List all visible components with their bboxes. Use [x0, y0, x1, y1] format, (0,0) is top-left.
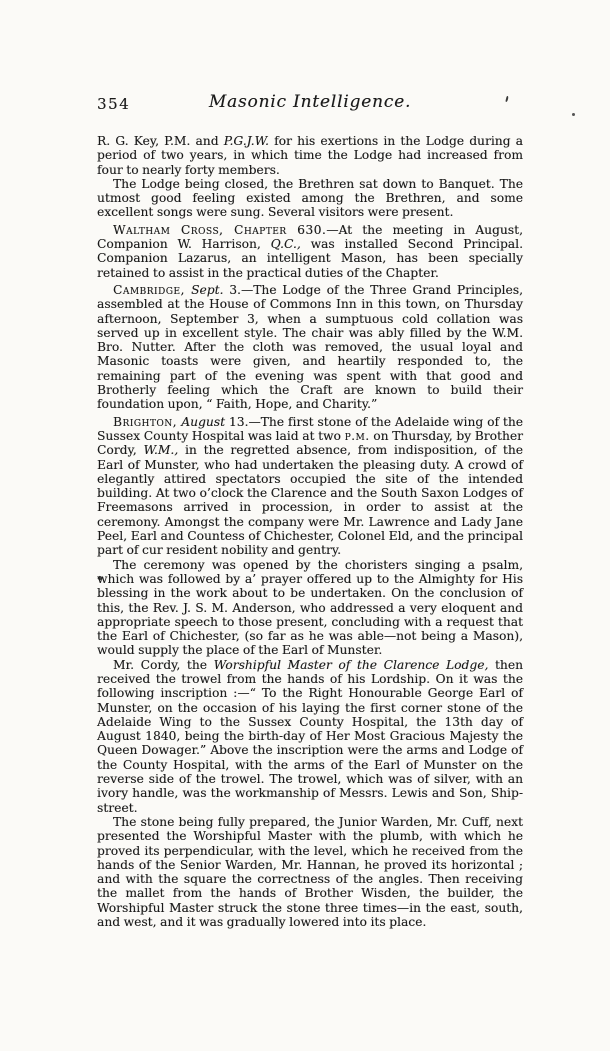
paragraph-continuation: R. G. Key, P.M. and P.G.J.W. for his exe… [97, 134, 523, 177]
text-segment: p.m. [345, 429, 370, 443]
paragraph-waltham-cross: Waltham Cross, Chapter 630.—At the meeti… [97, 223, 523, 280]
text-segment: Mr. Cordy, the [113, 658, 214, 672]
text-segment: 3.—The Lodge of the Three Grand Principl… [97, 283, 523, 411]
scan-artifact [572, 113, 575, 116]
text-segment: August [181, 415, 225, 429]
paragraph-brighton: Brighton, August 13.—The first stone of … [97, 415, 523, 558]
paragraph-cambridge: Cambridge, Sept. 3.—The Lodge of the Thr… [97, 283, 523, 412]
text-segment: then received the trowel from the hands … [97, 658, 523, 815]
text-segment: Brighton, [113, 415, 181, 429]
text-segment: Worshipful Master of the Clarence Lodge, [214, 658, 489, 672]
text-segment: in the regretted absence, from indisposi… [97, 443, 523, 557]
text-segment: Q.C., [271, 237, 301, 251]
text-segment: The ceremony was opened by the chorister… [97, 558, 523, 658]
paragraph-stone-laying: The stone being fully prepared, the Juni… [97, 815, 523, 929]
document-page: 354 Masonic Intelligence. R. G. Key, P.M… [0, 0, 610, 1051]
text-segment: Waltham Cross, Chapter 630. [113, 223, 326, 237]
text-segment: W.M., [143, 443, 178, 457]
text-segment: Cambridge, [113, 283, 191, 297]
paragraph-ceremony: The ceremony was opened by the chorister… [97, 558, 523, 658]
text-segment: Sept. [191, 283, 223, 297]
paragraph-trowel: Mr. Cordy, the Worshipful Master of the … [97, 658, 523, 815]
text-segment: R. G. Key, P.M. and [97, 134, 224, 148]
page-title: Masonic Intelligence. [97, 92, 523, 112]
page-body: R. G. Key, P.M. and P.G.J.W. for his exe… [97, 134, 523, 929]
paragraph-lodge-closed: The Lodge being closed, the Brethren sat… [97, 177, 523, 220]
text-segment: The Lodge being closed, the Brethren sat… [97, 177, 523, 220]
text-segment: P.G.J.W. [224, 134, 269, 148]
page-header: 354 Masonic Intelligence. [97, 92, 523, 118]
text-segment: The stone being fully prepared, the Juni… [97, 815, 523, 929]
